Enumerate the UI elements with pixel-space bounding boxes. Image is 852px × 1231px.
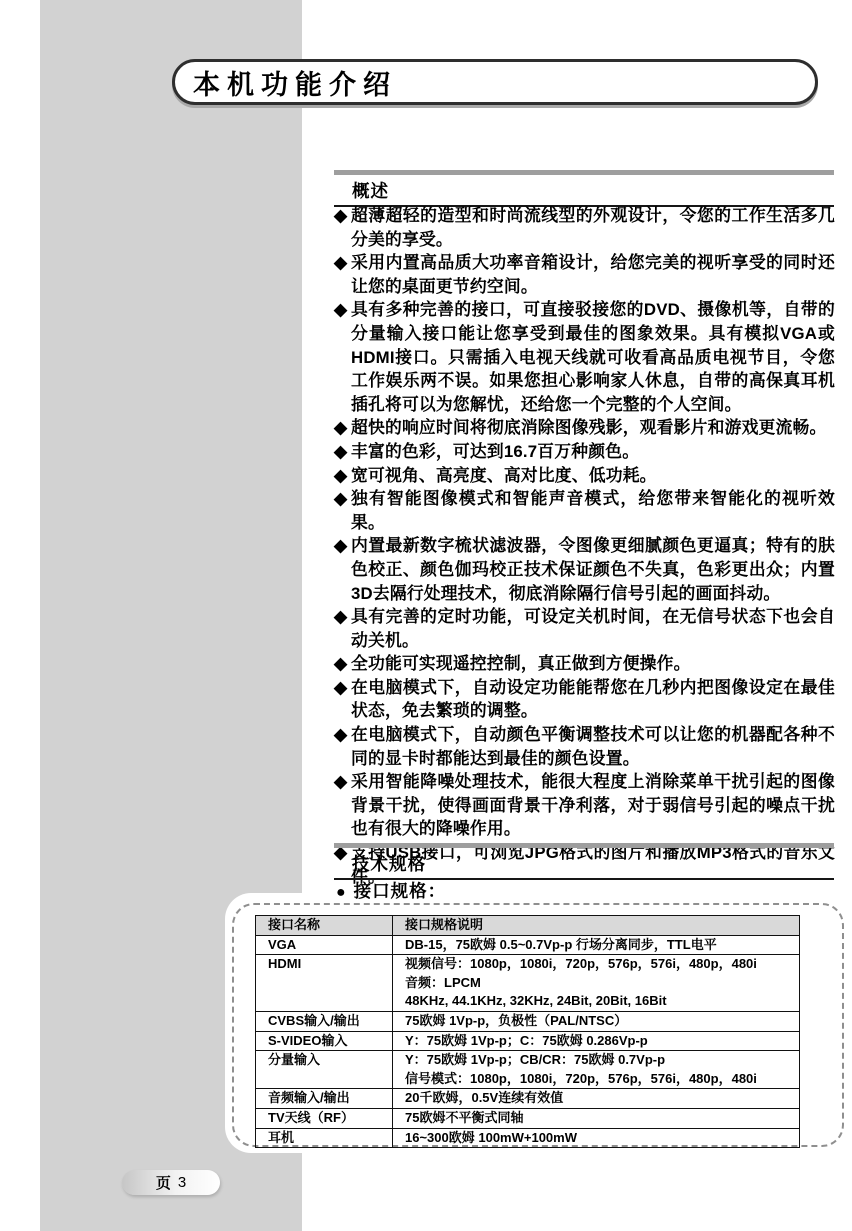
feature-bullet-text: 丰富的色彩，可达到16.7百万种颜色。 <box>351 442 639 461</box>
interface-spec: Y：75欧姆 1Vp-p；C：75欧姆 0.286Vp-p <box>393 1031 800 1051</box>
feature-bullet: ◆超快的响应时间将彻底消除图像残影，观看影片和游戏更流畅。 <box>334 416 835 440</box>
feature-bullet-text: 具有完善的定时功能，可设定关机时间，在无信号状态下也会自动关机。 <box>351 607 835 650</box>
diamond-bullet-icon: ◆ <box>334 487 347 511</box>
diamond-bullet-icon: ◆ <box>334 298 347 322</box>
diamond-bullet-icon: ◆ <box>334 416 347 440</box>
page-title: 本机功能介绍 <box>193 63 397 102</box>
feature-bullet-text: 具有多种完善的接口，可直接驳接您的DVD、摄像机等，自带的分量输入接口能让您享受… <box>351 300 835 413</box>
feature-bullet: ◆内置最新数字梳状滤波器，令图像更细腻颜色更逼真；特有的肤色校正、颜色伽玛校正技… <box>334 534 835 605</box>
diamond-bullet-icon: ◆ <box>334 534 347 558</box>
specs-heading: 技术规格 <box>334 848 834 878</box>
feature-bullet: ◆超薄超轻的造型和时尚流线型的外观设计，令您的工作生活多几分美的享受。 <box>334 204 835 251</box>
interface-spec: Y：75欧姆 1Vp-p；CB/CR：75欧姆 0.7Vp-p 信号模式：108… <box>393 1051 800 1089</box>
manual-page: 本机功能介绍 概述 ◆超薄超轻的造型和时尚流线型的外观设计，令您的工作生活多几分… <box>0 0 852 1231</box>
feature-bullet-text: 独有智能图像模式和智能声音模式，给您带来智能化的视听效果。 <box>351 489 835 532</box>
feature-bullet: ◆独有智能图像模式和智能声音模式，给您带来智能化的视听效果。 <box>334 487 835 534</box>
table-row: VGA DB-15，75欧姆 0.5~0.7Vp-p 行场分离同步，TTL电平 <box>256 935 800 955</box>
table-row: 耳机 16~300欧姆 100mW+100mW <box>256 1128 800 1148</box>
diamond-bullet-icon: ◆ <box>334 676 347 700</box>
diamond-bullet-icon: ◆ <box>334 464 347 488</box>
col-header-interface-name: 接口名称 <box>256 916 393 936</box>
interface-name: 耳机 <box>256 1128 393 1148</box>
interface-spec: 16~300欧姆 100mW+100mW <box>393 1128 800 1148</box>
interface-name: 分量输入 <box>256 1051 393 1089</box>
interface-name: TV天线（RF） <box>256 1108 393 1128</box>
col-header-interface-spec: 接口规格说明 <box>393 916 800 936</box>
feature-bullet-text: 宽可视角、高亮度、高对比度、低功耗。 <box>351 466 657 485</box>
feature-bullet: ◆采用智能降噪处理技术，能很大程度上消除菜单干扰引起的图像背景干扰，使得画面背景… <box>334 770 835 841</box>
feature-bullet: ◆在电脑模式下，自动颜色平衡调整技术可以让您的机器配各种不同的显卡时都能达到最佳… <box>334 723 835 770</box>
feature-bullet-text: 采用智能降噪处理技术，能很大程度上消除菜单干扰引起的图像背景干扰，使得画面背景干… <box>351 772 835 838</box>
feature-bullet: ◆在电脑模式下，自动设定功能能帮您在几秒内把图像设定在最佳状态，免去繁琐的调整。 <box>334 676 835 723</box>
table-row: TV天线（RF） 75欧姆不平衡式同轴 <box>256 1108 800 1128</box>
feature-bullet-text: 超薄超轻的造型和时尚流线型的外观设计，令您的工作生活多几分美的享受。 <box>351 206 835 249</box>
table-row: CVBS输入/输出 75欧姆 1Vp-p，负极性（PAL/NTSC） <box>256 1011 800 1031</box>
overview-section-header: 概述 <box>334 170 834 207</box>
feature-bullet: ◆具有多种完善的接口，可直接驳接您的DVD、摄像机等，自带的分量输入接口能让您享… <box>334 298 835 416</box>
diamond-bullet-icon: ◆ <box>334 440 347 464</box>
feature-bullet-text: 在电脑模式下，自动颜色平衡调整技术可以让您的机器配各种不同的显卡时都能达到最佳的… <box>351 725 835 768</box>
feature-bullet-text: 采用内置高品质大功率音箱设计，给您完美的视听享受的同时还让您的桌面更节约空间。 <box>351 253 835 296</box>
interface-spec: 视频信号：1080p，1080i，720p，576p，576i，480p，480… <box>393 955 800 1012</box>
interface-spec: 75欧姆不平衡式同轴 <box>393 1108 800 1128</box>
diamond-bullet-icon: ◆ <box>334 251 347 275</box>
feature-bullet: ◆丰富的色彩，可达到16.7百万种颜色。 <box>334 440 835 464</box>
interface-spec-subheading-text: 接口规格： <box>354 881 447 901</box>
interface-name: 音频输入/输出 <box>256 1089 393 1109</box>
interface-spec-table: 接口名称 接口规格说明 VGA DB-15，75欧姆 0.5~0.7Vp-p 行… <box>255 915 800 1148</box>
specs-section-header: 技术规格 <box>334 843 834 880</box>
feature-bullet-text: 全功能可实现遥控控制，真正做到方便操作。 <box>351 654 691 673</box>
page-label: 页 <box>156 1172 171 1193</box>
feature-bullet: ◆全功能可实现遥控控制，真正做到方便操作。 <box>334 652 835 676</box>
feature-bullet-text: 在电脑模式下，自动设定功能能帮您在几秒内把图像设定在最佳状态，免去繁琐的调整。 <box>351 678 835 721</box>
feature-bullet: ◆采用内置高品质大功率音箱设计，给您完美的视听享受的同时还让您的桌面更节约空间。 <box>334 251 835 298</box>
interface-spec-subheading: ●接口规格： <box>336 878 446 903</box>
interface-name: HDMI <box>256 955 393 1012</box>
feature-bullet-text: 超快的响应时间将彻底消除图像残影，观看影片和游戏更流畅。 <box>351 418 826 437</box>
interface-spec: 20千欧姆，0.5V连续有效值 <box>393 1089 800 1109</box>
diamond-bullet-icon: ◆ <box>334 770 347 794</box>
overview-heading: 概述 <box>334 175 834 205</box>
feature-bullet: ◆具有完善的定时功能，可设定关机时间，在无信号状态下也会自动关机。 <box>334 605 835 652</box>
interface-spec: 75欧姆 1Vp-p，负极性（PAL/NTSC） <box>393 1011 800 1031</box>
table-header-row: 接口名称 接口规格说明 <box>256 916 800 936</box>
table-row: HDMI 视频信号：1080p，1080i，720p，576p，576i，480… <box>256 955 800 1012</box>
diamond-bullet-icon: ◆ <box>334 605 347 629</box>
round-bullet-icon: ● <box>336 884 347 901</box>
feature-bullet: ◆宽可视角、高亮度、高对比度、低功耗。 <box>334 464 835 488</box>
page-title-box: 本机功能介绍 <box>172 59 818 105</box>
interface-name: VGA <box>256 935 393 955</box>
table-row: 分量输入 Y：75欧姆 1Vp-p；CB/CR：75欧姆 0.7Vp-p 信号模… <box>256 1051 800 1089</box>
interface-name: CVBS输入/输出 <box>256 1011 393 1031</box>
table-row: 音频输入/输出 20千欧姆，0.5V连续有效值 <box>256 1089 800 1109</box>
page-number-badge: 页 3 <box>122 1170 220 1195</box>
diamond-bullet-icon: ◆ <box>334 204 347 228</box>
diamond-bullet-icon: ◆ <box>334 723 347 747</box>
interface-name: S-VIDEO输入 <box>256 1031 393 1051</box>
table-row: S-VIDEO输入 Y：75欧姆 1Vp-p；C：75欧姆 0.286Vp-p <box>256 1031 800 1051</box>
page-number: 3 <box>178 1174 186 1191</box>
interface-spec: DB-15，75欧姆 0.5~0.7Vp-p 行场分离同步，TTL电平 <box>393 935 800 955</box>
feature-bullet-list: ◆超薄超轻的造型和时尚流线型的外观设计，令您的工作生活多几分美的享受。 ◆采用内… <box>334 204 835 888</box>
feature-bullet-text: 内置最新数字梳状滤波器，令图像更细腻颜色更逼真；特有的肤色校正、颜色伽玛校正技术… <box>351 536 835 602</box>
diamond-bullet-icon: ◆ <box>334 652 347 676</box>
